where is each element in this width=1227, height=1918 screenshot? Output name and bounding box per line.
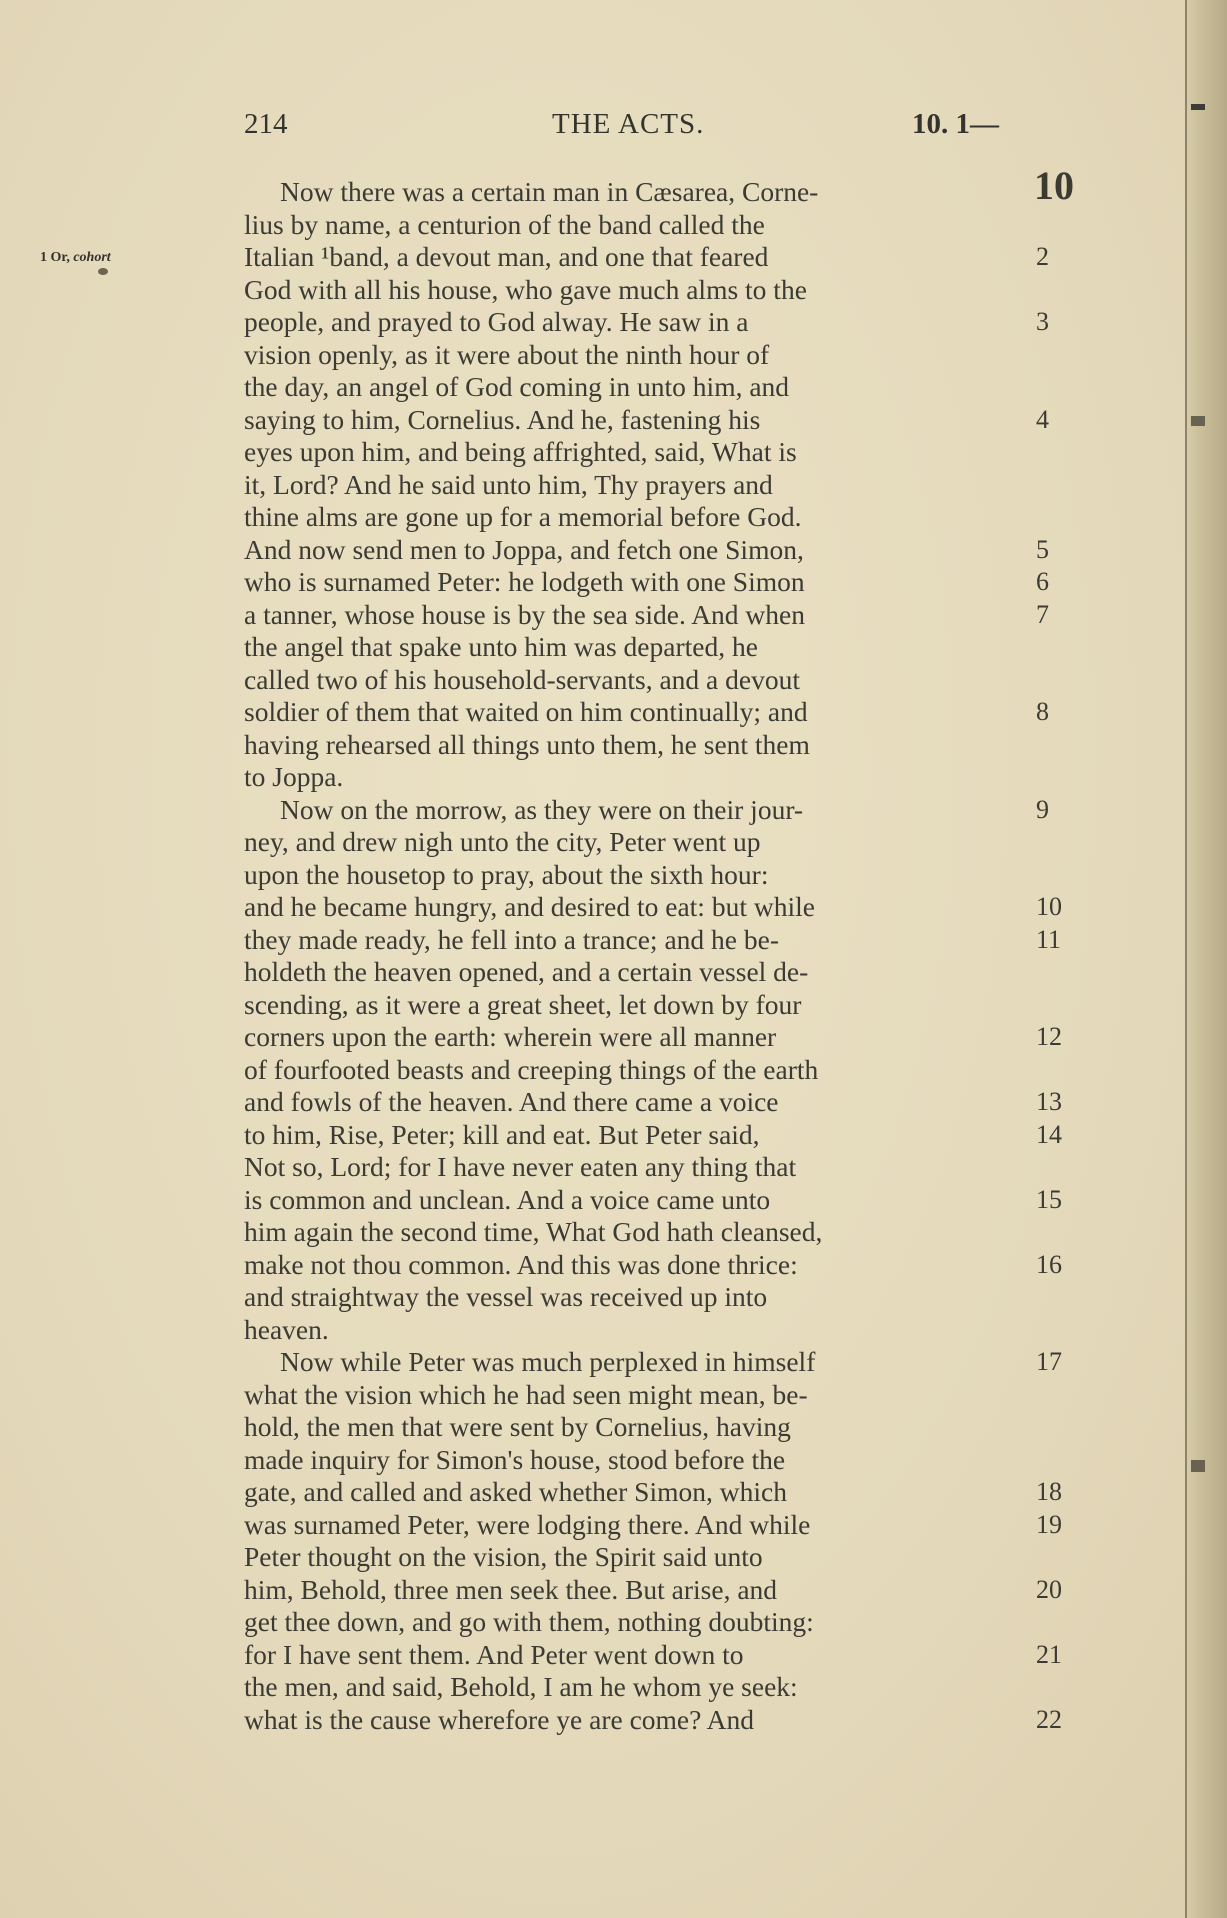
verse-number: 16 [1036,1249,1062,1282]
line-text: Not so, Lord; for I have never eaten any… [244,1151,796,1184]
line-text: and he became hungry, and desired to eat… [244,891,815,924]
text-line: and straightway the vessel was received … [244,1281,1024,1314]
text-line: get thee down, and go with them, nothing… [244,1606,1024,1639]
margin-note-word: cohort [73,250,110,265]
line-text: and straightway the vessel was received … [244,1281,767,1314]
verse-number: 5 [1036,534,1049,567]
verse-number: 21 [1036,1639,1062,1672]
text-line: lius by name, a centurion of the band ca… [244,209,1024,242]
line-text: thine alms are gone up for a memorial be… [244,501,801,534]
line-text: Italian ¹band, a devout man, and one tha… [244,241,768,274]
text-line: was surnamed Peter, were lodging there. … [244,1509,1024,1542]
verse-number: 4 [1036,404,1049,437]
line-text: eyes upon him, and being affrighted, sai… [244,436,797,469]
text-line: who is surnamed Peter: he lodgeth with o… [244,566,1024,599]
text-line: a tanner, whose house is by the sea side… [244,599,1024,632]
line-text: the men, and said, Behold, I am he whom … [244,1671,798,1704]
chapter-number: 10 [1034,170,1074,203]
line-text: holdeth the heaven opened, and a certain… [244,956,808,989]
line-text: vision openly, as it were about the nint… [244,339,769,372]
text-line: to Joppa. [244,761,1024,794]
text-line: the day, an angel of God coming in unto … [244,371,1024,404]
text-line: Peter thought on the vision, the Spirit … [244,1541,1024,1574]
line-text: God with all his house, who gave much al… [244,274,807,307]
text-line: gate, and called and asked whether Simon… [244,1476,1024,1509]
text-line: Now on the morrow, as they were on their… [244,794,1024,827]
text-line: people, and prayed to God alway. He saw … [244,306,1024,339]
line-text: the angel that spake unto him was depart… [244,631,758,664]
line-text: is common and unclean. And a voice came … [244,1184,770,1217]
line-text: Now while Peter was much perplexed in hi… [244,1346,815,1379]
line-text: and fowls of the heaven. And there came … [244,1086,779,1119]
line-text: hold, the men that were sent by Corneliu… [244,1411,791,1444]
line-text: And now send men to Joppa, and fetch one… [244,534,804,567]
line-text: what is the cause wherefore ye are come?… [244,1704,754,1737]
text-line: Now while Peter was much perplexed in hi… [244,1346,1024,1379]
line-text: to him, Rise, Peter; kill and eat. But P… [244,1119,760,1152]
line-text: of fourfooted beasts and creeping things… [244,1054,818,1087]
line-text: made inquiry for Simon's house, stood be… [244,1444,785,1477]
margin-note-prefix: Or, [51,250,70,265]
text-line: is common and unclean. And a voice came … [244,1184,1024,1217]
verse-number: 20 [1036,1574,1062,1607]
line-text: upon the housetop to pray, about the six… [244,859,768,892]
verse-number: 3 [1036,306,1049,339]
text-line: him, Behold, three men seek thee. But ar… [244,1574,1024,1607]
verse-number: 18 [1036,1476,1062,1509]
running-title: THE ACTS. [552,108,704,141]
verse-number: 2 [1036,241,1049,274]
line-text: the day, an angel of God coming in unto … [244,371,789,404]
text-line: Italian ¹band, a devout man, and one tha… [244,241,1024,274]
spine-mark [1191,104,1205,110]
text-line: And now send men to Joppa, and fetch one… [244,534,1024,567]
text-line: and fowls of the heaven. And there came … [244,1086,1024,1119]
text-line: and he became hungry, and desired to eat… [244,891,1024,924]
line-text: lius by name, a centurion of the band ca… [244,209,765,242]
line-text: people, and prayed to God alway. He saw … [244,306,749,339]
text-line: scending, as it were a great sheet, let … [244,989,1024,1022]
line-text: him again the second time, What God hath… [244,1216,822,1249]
verse-number: 22 [1036,1704,1062,1737]
verse-number: 15 [1036,1184,1062,1217]
text-line: God with all his house, who gave much al… [244,274,1024,307]
running-header: 214 THE ACTS. 10. 1— [244,108,1032,144]
text-line: what is the cause wherefore ye are come?… [244,1704,1024,1737]
verse-number: 12 [1036,1021,1062,1054]
text-line: holdeth the heaven opened, and a certain… [244,956,1024,989]
line-text: scending, as it were a great sheet, let … [244,989,801,1022]
text-line: eyes upon him, and being affrighted, sai… [244,436,1024,469]
line-text: called two of his household-servants, an… [244,664,800,697]
text-line: make not thou common. And this was done … [244,1249,1024,1282]
ink-blot [98,268,108,275]
text-line: vision openly, as it were about the nint… [244,339,1024,372]
line-text: who is surnamed Peter: he lodgeth with o… [244,566,805,599]
verse-number: 14 [1036,1119,1062,1152]
spine-mark [1191,416,1205,426]
verse-number: 7 [1036,599,1049,632]
line-text: Peter thought on the vision, the Spirit … [244,1541,763,1574]
line-text: Now there was a certain man in Cæsarea, … [244,176,818,209]
text-line: it, Lord? And he said unto him, Thy pray… [244,469,1024,502]
margin-note: 1 Or, cohort [40,250,111,266]
text-line: the men, and said, Behold, I am he whom … [244,1671,1024,1704]
line-text: what the vision which he had seen might … [244,1379,808,1412]
line-text: was surnamed Peter, were lodging there. … [244,1509,810,1542]
text-line: Now there was a certain man in Cæsarea, … [244,176,1024,209]
line-text: him, Behold, three men seek thee. But ar… [244,1574,777,1607]
line-text: to Joppa. [244,761,343,794]
text-line: called two of his household-servants, an… [244,664,1024,697]
spine-mark [1191,1460,1205,1472]
text-line: the angel that spake unto him was depart… [244,631,1024,664]
verse-number: 11 [1036,924,1061,957]
line-text: gate, and called and asked whether Simon… [244,1476,787,1509]
verse-number: 10 [1036,891,1062,924]
line-text: having rehearsed all things unto them, h… [244,729,810,762]
body-text: Now there was a certain man in Cæsarea, … [244,176,1024,1736]
scanned-page: 214 THE ACTS. 10. 1— 1 Or, cohort Now th… [0,0,1227,1918]
margin-note-marker: 1 [40,250,47,265]
chapter-reference: 10. 1— [912,108,999,141]
text-line: to him, Rise, Peter; kill and eat. But P… [244,1119,1024,1152]
text-line: corners upon the earth: wherein were all… [244,1021,1024,1054]
text-line: ney, and drew nigh unto the city, Peter … [244,826,1024,859]
text-line: for I have sent them. And Peter went dow… [244,1639,1024,1672]
line-text: get thee down, and go with them, nothing… [244,1606,814,1639]
text-line: what the vision which he had seen might … [244,1379,1024,1412]
verse-number: 19 [1036,1509,1062,1542]
line-text: corners upon the earth: wherein were all… [244,1021,776,1054]
text-line: upon the housetop to pray, about the six… [244,859,1024,892]
line-text: Now on the morrow, as they were on their… [244,794,803,827]
text-line: having rehearsed all things unto them, h… [244,729,1024,762]
line-text: they made ready, he fell into a trance; … [244,924,779,957]
line-text: heaven. [244,1314,329,1347]
line-text: make not thou common. And this was done … [244,1249,798,1282]
verse-number: 17 [1036,1346,1062,1379]
line-text: a tanner, whose house is by the sea side… [244,599,805,632]
text-line: Not so, Lord; for I have never eaten any… [244,1151,1024,1184]
text-line: thine alms are gone up for a memorial be… [244,501,1024,534]
line-text: saying to him, Cornelius. And he, fasten… [244,404,760,437]
text-line: him again the second time, What God hath… [244,1216,1024,1249]
text-line: of fourfooted beasts and creeping things… [244,1054,1024,1087]
verse-number: 9 [1036,794,1049,827]
verse-number: 8 [1036,696,1049,729]
text-line: soldier of them that waited on him conti… [244,696,1024,729]
text-line: heaven. [244,1314,1024,1347]
line-text: for I have sent them. And Peter went dow… [244,1639,743,1672]
text-line: hold, the men that were sent by Corneliu… [244,1411,1024,1444]
page-number: 214 [244,108,288,141]
verse-number: 13 [1036,1086,1062,1119]
book-spine-edge [1185,0,1227,1918]
line-text: it, Lord? And he said unto him, Thy pray… [244,469,773,502]
line-text: ney, and drew nigh unto the city, Peter … [244,826,761,859]
text-line: they made ready, he fell into a trance; … [244,924,1024,957]
text-line: saying to him, Cornelius. And he, fasten… [244,404,1024,437]
verse-number: 6 [1036,566,1049,599]
line-text: soldier of them that waited on him conti… [244,696,808,729]
text-line: made inquiry for Simon's house, stood be… [244,1444,1024,1477]
